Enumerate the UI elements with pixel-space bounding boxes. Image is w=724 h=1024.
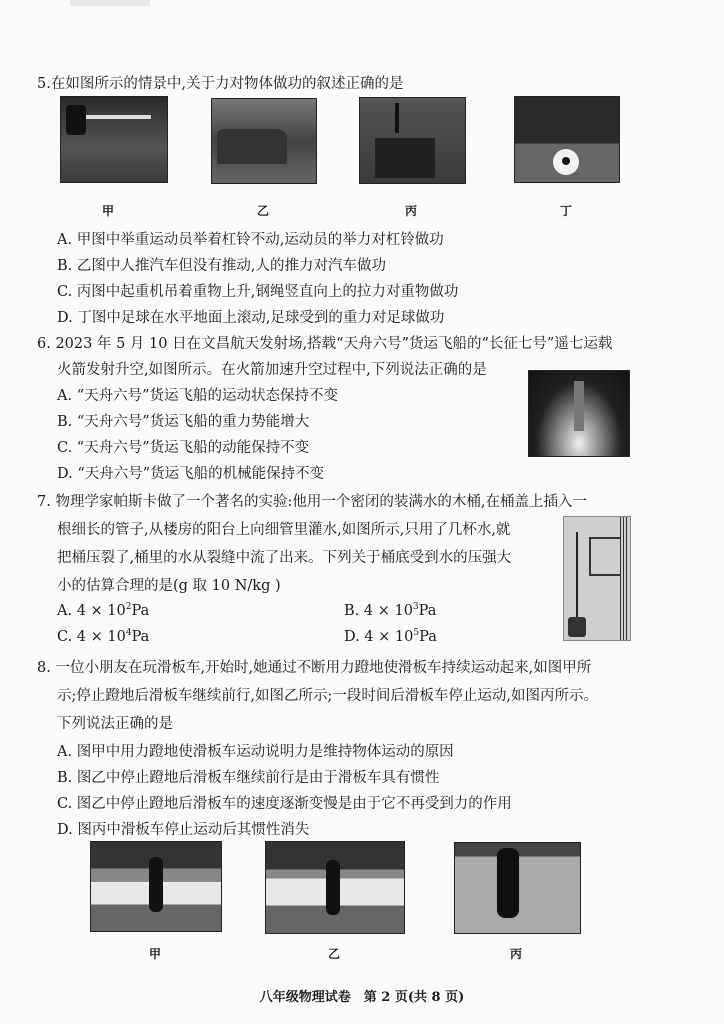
q7-stem-line: 根细长的管子,从楼房的阳台上向细管里灌水,如图所示,只用了几杯水,就 [57, 518, 510, 539]
scan-artifact [70, 0, 150, 6]
figure-pascal-barrel [563, 516, 631, 641]
figure-caption: 乙 [328, 945, 340, 962]
figure-football [514, 96, 620, 183]
q5-stem: 5.在如图所示的情景中,关于力对物体做功的叙述正确的是 [37, 72, 403, 93]
figure-scooter-stopped [454, 842, 581, 934]
q6-number: 6. [37, 336, 51, 352]
q5-number: 5. [37, 76, 51, 92]
figure-crane [359, 97, 466, 184]
q6-option-d[interactable]: D. “天舟六号”货运飞船的机械能保持不变 [57, 462, 324, 483]
figure-rocket-launch [528, 370, 630, 457]
q6-stem-line: 火箭发射升空,如图所示。在火箭加速升空过程中,下列说法正确的是 [57, 358, 487, 379]
figure-scooter-push [90, 841, 222, 932]
unit: Pa [419, 603, 437, 619]
q5-option-a[interactable]: A. 甲图中举重运动员举着杠铃不动,运动员的举力对杠铃做功 [57, 228, 444, 249]
unit: Pa [132, 629, 150, 645]
figure-caption: 丙 [405, 202, 417, 219]
q5-option-d[interactable]: D. 丁图中足球在水平地面上滚动,足球受到的重力对足球做功 [57, 306, 444, 327]
option-label: A. 4 × 10 [57, 603, 126, 619]
option-label: D. 4 × 10 [344, 629, 413, 645]
q7-number: 7. [37, 494, 51, 510]
figure-caption: 丙 [510, 945, 522, 962]
q8-option-a[interactable]: A. 图甲中用力蹬地使滑板车运动说明力是维持物体运动的原因 [57, 740, 454, 761]
figure-caption: 甲 [102, 202, 114, 219]
q7-stem-line: 把桶压裂了,桶里的水从裂缝中流了出来。下列关于桶底受到水的压强大 [57, 546, 511, 567]
q5-option-c[interactable]: C. 丙图中起重机吊着重物上升,钢绳竖直向上的拉力对重物做功 [57, 280, 458, 301]
q7-stem-line: 小的估算合理的是(g 取 10 N/kg ) [57, 574, 281, 595]
q6-option-c[interactable]: C. “天舟六号”货运飞船的动能保持不变 [57, 436, 309, 457]
q8-option-c[interactable]: C. 图乙中停止蹬地后滑板车的速度逐渐变慢是由于它不再受到力的作用 [57, 792, 512, 813]
q8-stem: 8. 一位小朋友在玩滑板车,开始时,她通过不断用力蹬地使滑板车持续运动起来,如图… [37, 656, 591, 677]
page-footer: 八年级物理试卷 第 2 页(共 8 页) [0, 986, 724, 1005]
option-label: C. 4 × 10 [57, 629, 126, 645]
option-label: B. 4 × 10 [344, 603, 413, 619]
figure-caption: 乙 [257, 202, 269, 219]
unit: Pa [419, 629, 437, 645]
q7-stem: 7. 物理学家帕斯卡做了一个著名的实验:他用一个密闭的装满水的木桶,在桶盖上插入… [37, 490, 587, 511]
figure-caption: 丁 [560, 202, 572, 219]
q6-stem: 6. 2023 年 5 月 10 日在文昌航天发射场,搭载“天舟六号”货运飞船的… [37, 332, 612, 353]
q7-option-b[interactable]: B. 4 × 103Pa [344, 602, 436, 619]
figure-weightlifter [60, 96, 168, 183]
q7-option-a[interactable]: A. 4 × 102Pa [57, 602, 149, 619]
q8-stem-line: 一位小朋友在玩滑板车,开始时,她通过不断用力蹬地使滑板车持续运动起来,如图甲所 [55, 660, 591, 676]
q8-stem-line: 示;停止蹬地后滑板车继续前行,如图乙所示;一段时间后滑板车停止运动,如图丙所示。 [57, 684, 598, 705]
q5-stem-line: 在如图所示的情景中,关于力对物体做功的叙述正确的是 [51, 76, 404, 92]
q6-option-b[interactable]: B. “天舟六号”货运飞船的重力势能增大 [57, 410, 309, 431]
q8-option-d[interactable]: D. 图丙中滑板车停止运动后其惯性消失 [57, 818, 309, 839]
q6-option-a[interactable]: A. “天舟六号”货运飞船的运动状态保持不变 [57, 384, 338, 405]
figure-push-car [211, 98, 317, 184]
q5-option-b[interactable]: B. 乙图中人推汽车但没有推动,人的推力对汽车做功 [57, 254, 386, 275]
figure-caption: 甲 [149, 945, 161, 962]
unit: Pa [131, 603, 149, 619]
q7-stem-line: 物理学家帕斯卡做了一个著名的实验:他用一个密闭的装满水的木桶,在桶盖上插入一 [55, 494, 587, 510]
q8-stem-line: 下列说法正确的是 [57, 712, 173, 733]
q7-option-c[interactable]: C. 4 × 104Pa [57, 628, 149, 645]
q8-number: 8. [37, 660, 51, 676]
q6-stem-line: 2023 年 5 月 10 日在文昌航天发射场,搭载“天舟六号”货运飞船的“长征… [55, 336, 612, 352]
figure-scooter-glide [265, 841, 405, 934]
q8-option-b[interactable]: B. 图乙中停止蹬地后滑板车继续前行是由于滑板车具有惯性 [57, 766, 439, 787]
q7-option-d[interactable]: D. 4 × 105Pa [344, 628, 437, 645]
